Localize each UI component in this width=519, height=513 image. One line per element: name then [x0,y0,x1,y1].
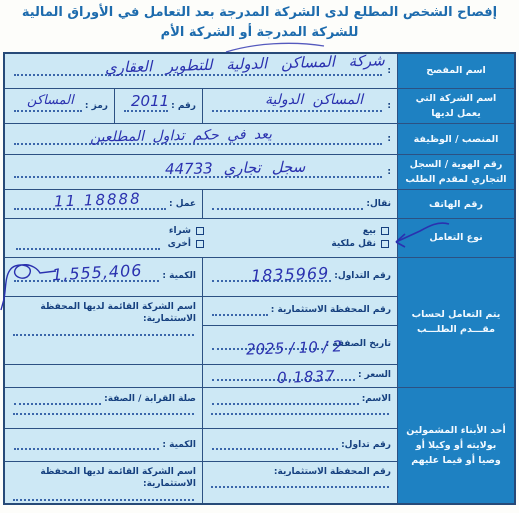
dotted-line [124,109,168,112]
row-position: المنصب / الوظيفة : يعد في حكم تداول المط… [5,123,514,154]
child-quantity-field: الكمية : [5,429,202,461]
portfolio-date-column: رقم المحفظة الاستثمارية : تاريخ الصفقة :… [202,297,397,364]
dotted-line [14,447,159,450]
dotted-line [211,412,389,415]
checkbox-icon [381,227,389,235]
checkbox-icon [196,227,204,235]
trade-qty-subrow: رقم التداول: 1835969 الكمية : 1,555,406 [5,258,397,296]
dotted-line [14,109,82,112]
form-title: إفصاح الشخص المطلع لدى الشركة المدرجة بع… [0,3,519,43]
company-number-handwritten: 2011 [131,92,169,110]
phone-field-group: نقال: عمل : 18888 11 [5,190,397,218]
checkbox-ownership-transfer: نقل ملكية [204,239,389,249]
id-number-label: رقم الهوية / السجل التجاري لمقدم الطلب [397,155,514,189]
dotted-line [212,378,355,381]
child-custodian-field: اسم الشركة القائمة لديها المحفظة الاستثم… [5,462,202,503]
dotted-line [13,412,194,415]
quantity-field: الكمية : 1,555,406 [5,258,202,296]
dotted-line [212,347,323,350]
dotted-line [14,73,382,76]
checkbox-icon [196,240,204,248]
company-field-group: : المساكن الدولية رقم : 2011 رمز : المسا… [5,89,397,124]
phone-work-label: عمل : [169,198,196,211]
dotted-line [212,109,382,112]
handwriting-stroke [226,43,324,52]
custodian-company-field: اسم الشركة القائمة لديها المحفظة الاستثم… [5,297,202,364]
applicant-account-label: يتم التعامل لحساب مقـــدم الطلـــب [397,258,514,387]
position-field: : يعد في حكم تداول المطلعين [5,124,397,154]
price-handwritten: 0.1837 [276,367,335,387]
company-symbol-field: رمز : المساكن [5,89,114,124]
child-name-subrow: الاسم: صلة القرابة / الصفة: [5,388,397,428]
form-title-line2: للشركة المدرجة أو الشركة الأم [0,23,519,43]
child-portfolio-label: رقم المحفظة الاستثمارية: [209,466,391,479]
price-field: السعر : 0.1837 [202,365,397,387]
child-custodian-label: اسم الشركة القائمة لديها المحفظة الاستثم… [11,466,196,491]
company-label: اسم الشركة التي يعمل لديها [397,89,514,124]
trade-number-label: رقم التداول: [334,270,391,283]
portfolio-number-label: رقم المحفظة الاستثمارية : [271,304,391,317]
form-title-line1: إفصاح الشخص المطلع لدى الشركة المدرجة بع… [0,3,519,23]
row-phone: رقم الهاتف نقال: عمل : 18888 11 [5,189,514,218]
dotted-line [13,333,194,336]
company-name-handwritten: المساكن الدولية [265,92,363,108]
row-applicant-account: يتم التعامل لحساب مقـــدم الطلـــب رقم ا… [5,257,514,387]
discloser-name-label: اسم المفصح [397,54,514,88]
company-symbol-label: رمز : [85,100,108,113]
child-relation-field: صلة القرابة / الصفة: [5,388,202,428]
dotted-line [14,142,382,145]
child-relation-label: صلة القرابة / الصفة: [104,393,196,406]
checkbox-other: أخرى [13,239,204,249]
child-trade-subrow: رقم تداول: الكمية : [5,428,397,461]
checkbox-buy-label: شراء [169,226,191,236]
checkbox-sell: بيع [204,226,389,236]
colon: : [387,66,391,76]
children-fields: الاسم: صلة القرابة / الصفة: رقم تداول: ا [5,388,397,503]
deal-type-label: نوع التعامل [397,219,514,257]
deal-date-label: تاريخ الصفقة : [326,338,391,351]
empty-cell [5,365,202,387]
colon: : [387,101,391,111]
portfolio-subrow: رقم المحفظة الاستثمارية : تاريخ الصفقة :… [5,296,397,364]
price-label: السعر : [358,369,391,382]
child-portfolio-field: رقم المحفظة الاستثمارية: [202,462,397,503]
price-subrow: السعر : 0.1837 [5,364,397,387]
dotted-line [212,402,359,405]
checkbox-buy: شراء [13,226,204,236]
deal-date-field: تاريخ الصفقة : 2025 / 10 / 2 [203,326,397,364]
phone-mobile-field: نقال: [202,190,397,218]
dotted-line [211,485,389,488]
row-children: أحد الأبناء المشمولين بولايته أو وكيلا أ… [5,387,514,503]
colon: : [387,167,391,177]
checkbox-other-label: أخرى [168,239,191,249]
child-quantity-label: الكمية : [162,439,196,452]
company-number-label: رقم : [171,100,196,113]
id-number-field: : سجل تجاري 44733 [5,155,397,189]
colon: : [387,134,391,144]
discloser-name-field: : شركة المساكن الدولية للتطوير العقاري [5,54,397,88]
child-portfolio-subrow: رقم المحفظة الاستثمارية: اسم الشركة القا… [5,461,397,503]
row-deal-type: نوع التعامل بيع شراء نقل ملكية أخرى [5,218,514,257]
custodian-company-label: اسم الشركة القائمة لديها المحفظة الاستثم… [11,301,196,326]
deal-type-options: بيع شراء نقل ملكية أخرى [5,219,397,257]
dotted-line [212,279,331,282]
checkbox-ownership-transfer-label: نقل ملكية [331,239,376,249]
phone-mobile-label: نقال: [366,198,391,211]
quantity-label: الكمية : [162,270,196,283]
dotted-line [212,207,363,210]
company-number-field: رقم : 2011 [114,89,202,124]
dotted-line [13,498,194,501]
company-symbol-handwritten: المساكن [27,93,74,108]
child-trade-number-field: رقم تداول: [202,429,397,461]
position-label: المنصب / الوظيفة [397,124,514,154]
portfolio-number-field: رقم المحفظة الاستثمارية : [203,297,397,326]
checkbox-icon [381,240,389,248]
children-label: أحد الأبناء المشمولين بولايته أو وكيلا أ… [397,388,514,503]
document-page: إفصاح الشخص المطلع لدى الشركة المدرجة بع… [0,0,519,513]
row-id-number: رقم الهوية / السجل التجاري لمقدم الطلب :… [5,154,514,189]
phone-work-field: عمل : 18888 11 [5,190,202,218]
phone-label: رقم الهاتف [397,190,514,218]
company-name-field: : المساكن الدولية [202,89,397,124]
applicant-account-fields: رقم التداول: 1835969 الكمية : 1,555,406 … [5,258,397,387]
dotted-line [212,313,268,316]
child-trade-number-label: رقم تداول: [341,439,391,452]
dotted-line [16,247,160,250]
row-company: اسم الشركة التي يعمل لديها : المساكن الد… [5,88,514,124]
dotted-line [212,447,338,450]
child-name-label: الاسم: [362,393,391,406]
trade-number-field: رقم التداول: 1835969 [202,258,397,296]
checkbox-sell-label: بيع [363,226,376,236]
disclosure-table: اسم المفصح : شركة المساكن الدولية للتطوي… [3,52,516,505]
dotted-line [14,175,382,178]
child-name-field: الاسم: [202,388,397,428]
dotted-line [14,207,166,210]
dotted-line [14,279,159,282]
dotted-line [14,402,101,405]
row-discloser-name: اسم المفصح : شركة المساكن الدولية للتطوي… [5,54,514,88]
